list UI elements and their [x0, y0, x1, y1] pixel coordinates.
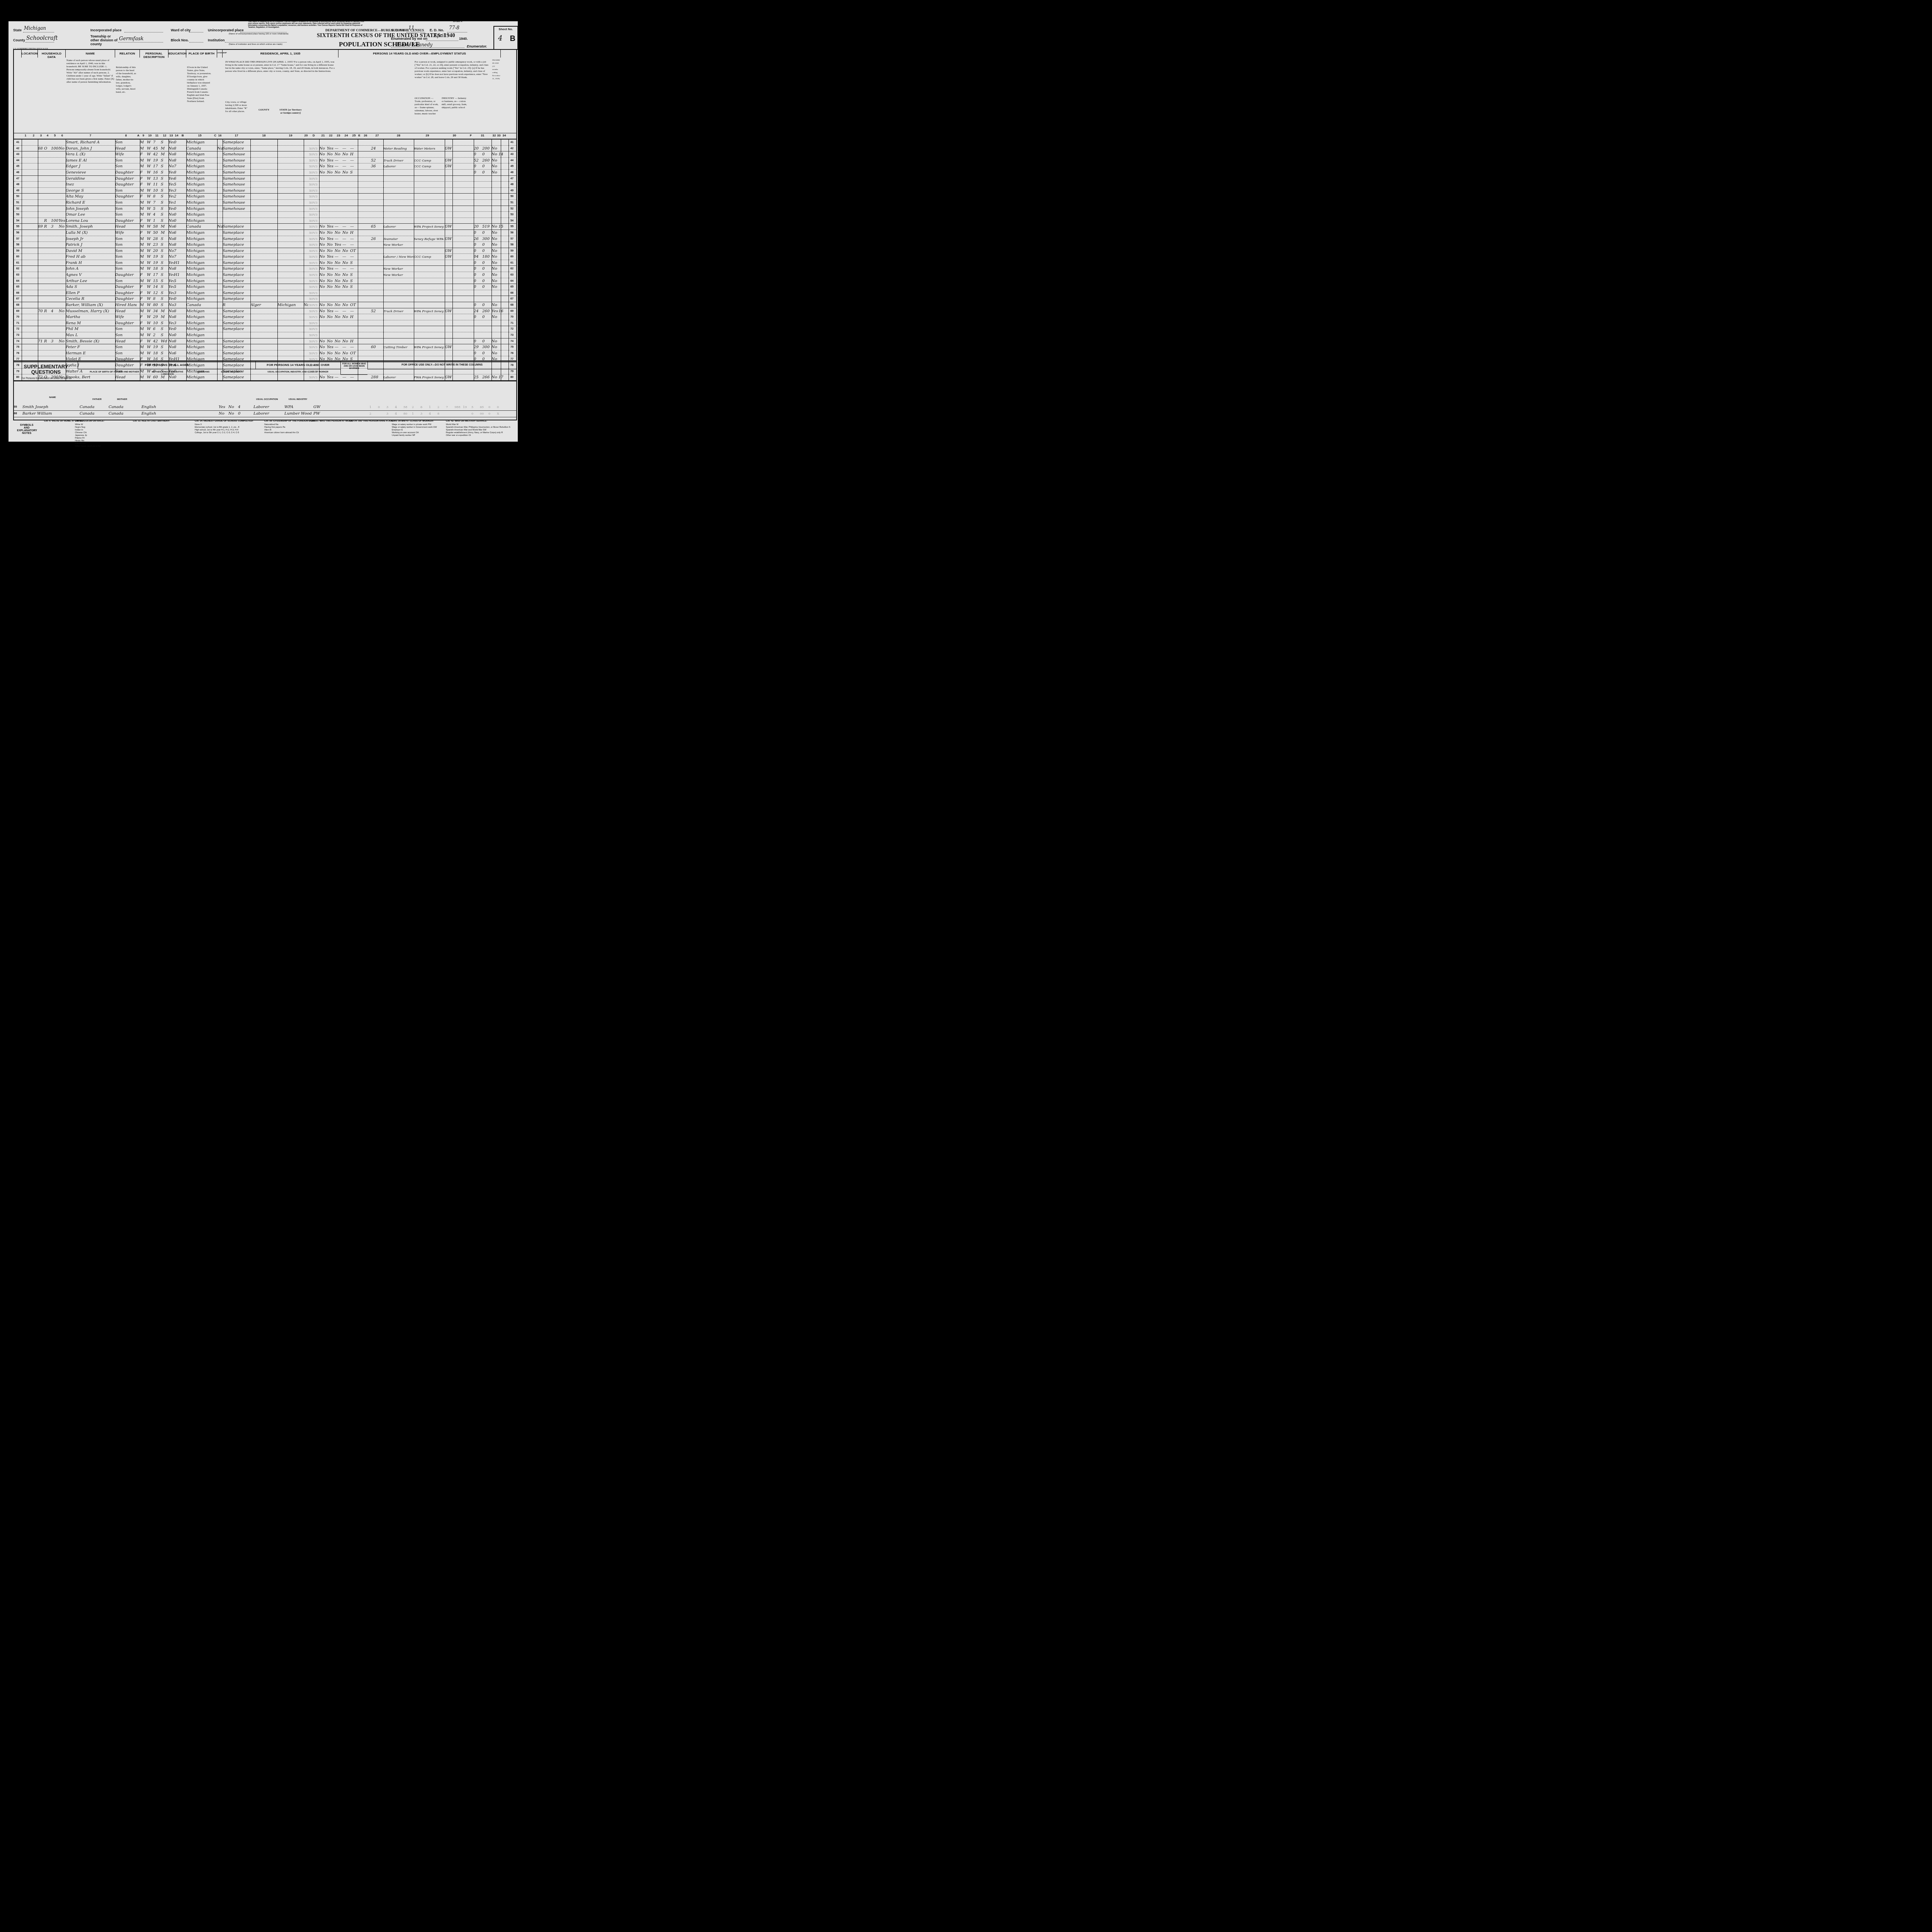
table-row: 6970R4NoMusselman, Harry (X)HeadMW34MNo8…	[14, 308, 516, 315]
cell-relation: Daughter	[115, 176, 137, 182]
cell-relation: Head	[115, 308, 137, 314]
cell-hours	[371, 151, 383, 157]
cell-age: 19	[153, 254, 161, 260]
cell-grade: 8	[174, 236, 179, 242]
cell-occupation	[383, 182, 414, 187]
cell-e24: No	[342, 248, 350, 254]
cell-e23: No	[335, 302, 342, 308]
cell-sex: M	[140, 302, 147, 308]
cell-sex: F	[140, 151, 147, 157]
note-item: Hindu Hin	[75, 440, 104, 442]
cell-res1935: Samehouse	[223, 151, 250, 157]
enumerator-signature: Elmer Kennedy	[396, 42, 432, 48]
cell-school: No	[168, 158, 174, 163]
cell-hours	[371, 278, 383, 284]
institution-label: Institution	[208, 38, 225, 42]
supp-cell-ss_deduct: No	[228, 404, 237, 410]
cell-grade: 8	[174, 314, 179, 320]
cell-res_state	[277, 332, 304, 338]
column-number: 21	[319, 134, 327, 137]
cell-res_county	[250, 206, 277, 212]
cell-farm_q	[59, 260, 66, 266]
cell-occupation: New Worker	[383, 272, 414, 278]
cell-relation: Daughter	[115, 194, 137, 199]
cell-weeks: 0	[474, 338, 482, 344]
cell-e22	[327, 206, 335, 212]
cell-school: Yes	[168, 200, 174, 206]
cell-res_state: Michigan	[277, 302, 304, 308]
cell-name: Edgar J	[66, 163, 115, 169]
cell-class	[445, 296, 452, 302]
cell-value	[51, 314, 59, 320]
cell-class	[445, 272, 452, 278]
column-divider	[509, 139, 509, 381]
table-row: 4268O1000NoDoran, John JHeadMW45MNo8Cana…	[14, 146, 516, 152]
cell-res_farm	[304, 344, 308, 350]
cell-weeks: 0	[474, 242, 482, 248]
cell-sex: M	[140, 200, 147, 206]
note-item: Negro Neg	[75, 426, 104, 429]
cell-e21: No	[319, 254, 327, 260]
cell-value	[51, 206, 59, 212]
cell-wages: 0	[482, 272, 492, 278]
cell-hours	[371, 200, 383, 206]
cell-line: 73	[14, 332, 22, 338]
ward-label: Ward of city	[171, 28, 190, 32]
cell-other_income: No	[492, 350, 498, 356]
cell-res_county	[250, 290, 277, 296]
cell-occupation	[383, 302, 414, 308]
cell-wages: 0	[482, 302, 492, 308]
cell-race: W	[147, 188, 153, 194]
cell-grade: 8	[174, 242, 179, 248]
cell-class	[445, 242, 452, 248]
cell-industry	[414, 278, 445, 284]
cell-weeks	[474, 320, 482, 326]
cell-farm	[498, 176, 504, 182]
cell-relation: Son	[115, 344, 137, 350]
cell-res_farm	[304, 230, 308, 236]
group-location: LOCATION	[22, 50, 38, 58]
cell-grade: 8	[174, 146, 179, 151]
cell-value	[51, 332, 59, 338]
office-code: 65	[480, 404, 488, 410]
table-row: 48InezDaughterFW11SYes5MichiganSamehouse…	[14, 182, 516, 188]
cell-res1935: Sameplace	[223, 350, 250, 356]
cell-occupation	[383, 314, 414, 320]
cell-wages	[482, 188, 492, 194]
cell-dwelling	[38, 332, 44, 338]
cell-farm	[498, 278, 504, 284]
note-col21: Col. 21. WAS THIS PERSON AT WORK?	[311, 420, 354, 422]
cell-grade: 3	[174, 290, 179, 296]
cell-sex: M	[140, 344, 147, 350]
cell-citizenship	[217, 260, 223, 266]
cell-e25	[350, 200, 358, 206]
cell-res_county	[250, 218, 277, 224]
cell-res_county	[250, 242, 277, 248]
cell-e22: No	[327, 314, 335, 320]
cell-industry	[414, 350, 445, 356]
cell-res_state	[277, 314, 304, 320]
cell-relation: Daughter	[115, 182, 137, 187]
cell-e23: —	[335, 266, 342, 272]
cell-age: 19	[153, 344, 161, 350]
cell-res_state	[277, 151, 304, 157]
cell-value	[51, 176, 59, 182]
cell-weeks	[474, 212, 482, 218]
supp-cell-ss_number: No	[219, 411, 227, 417]
column-divider	[140, 139, 140, 381]
cell-value	[51, 188, 59, 194]
cell-wages	[482, 194, 492, 199]
cell-res_county: Alger	[250, 302, 277, 308]
cell-e21	[319, 290, 327, 296]
office-code: 2	[437, 404, 445, 410]
residence-county-header: COUNTY	[250, 108, 277, 116]
cell-age: 42	[153, 151, 161, 157]
supp-cell-father: Canada	[80, 411, 107, 417]
cell-farm_q	[59, 314, 66, 320]
cell-age: 1	[153, 218, 161, 224]
cell-res_farm	[304, 248, 308, 254]
cell-farm	[498, 236, 504, 242]
cell-res_farm	[304, 266, 308, 272]
cell-line: 49	[14, 188, 22, 194]
table-row: 65Ada SDaughterFW14SYes5MichiganSameplac…	[14, 284, 516, 290]
cell-industry	[414, 320, 445, 326]
cell-hours: 26	[371, 236, 383, 242]
cell-farm_q: No	[59, 224, 66, 230]
cell-industry: Seney Refuge WPA Project	[414, 236, 445, 242]
cell-res_farm	[304, 350, 308, 356]
cell-marital: M	[161, 224, 168, 230]
cell-e24: —	[342, 224, 350, 230]
cell-occupation	[383, 188, 414, 194]
cell-birthplace: Michigan	[186, 158, 213, 163]
cell-relation: Son	[115, 332, 137, 338]
office-code: 988	[454, 404, 462, 410]
cell-e25: —	[350, 236, 358, 242]
cell-birthplace: Michigan	[186, 344, 213, 350]
cell-age: 10	[153, 188, 161, 194]
table-row: 67Cecelia RDaughterFW8SYes0MichiganSamep…	[14, 296, 516, 302]
residence-instructions: IN WHAT PLACE DID THIS PERSON LIVE ON AP…	[224, 60, 337, 87]
cell-farm_q	[59, 163, 66, 169]
cell-weeks: 0	[474, 350, 482, 356]
cell-birthplace: Michigan	[186, 200, 213, 206]
cell-industry: Water Meters	[414, 146, 445, 151]
residence-state-header: STATE (or Territory or foreign country)	[277, 108, 304, 119]
cell-citizenship	[217, 278, 223, 284]
cell-line-right: 64	[509, 278, 515, 284]
cell-class	[445, 206, 452, 212]
cell-occupation	[383, 332, 414, 338]
office-code: 00	[480, 411, 488, 417]
cell-farm	[498, 260, 504, 266]
column-number: 13	[168, 134, 174, 137]
cell-tenure	[44, 176, 51, 182]
cell-grade: H1	[174, 272, 179, 278]
cell-other_income: No	[492, 146, 498, 151]
cell-citizenship	[217, 194, 223, 199]
cell-e24: No	[342, 350, 350, 356]
cell-e22: No	[327, 242, 335, 248]
cell-other_income: No	[492, 266, 498, 272]
cell-weeks: 52	[474, 158, 482, 163]
cell-race: W	[147, 230, 153, 236]
table-row: 52John JosephSonMW5SYes0MichiganSamehous…	[14, 206, 516, 212]
cell-other_income: No	[492, 158, 498, 163]
cell-school: No	[168, 151, 174, 157]
cell-res_state	[277, 194, 304, 199]
cell-school: Yes	[168, 284, 174, 290]
cell-e22	[327, 182, 335, 187]
cell-farm	[498, 284, 504, 290]
cell-wages: 260	[482, 158, 492, 163]
cell-industry	[414, 338, 445, 344]
cell-grade: 3	[174, 188, 179, 194]
cell-tenure: O	[44, 146, 51, 151]
cell-occupation: Laborer / New Worker	[383, 254, 414, 260]
cell-marital: M	[161, 230, 168, 236]
cell-e24	[342, 206, 350, 212]
income-header: INCOME IN 1939 (12 months ending Decembe…	[492, 58, 501, 82]
cell-value	[51, 170, 59, 175]
cell-industry: CCC Camp	[414, 254, 445, 260]
cell-hours	[371, 176, 383, 182]
cell-other_income	[492, 176, 498, 182]
cell-line-right: 46	[509, 170, 515, 175]
cell-farm_q	[59, 242, 66, 248]
group-14-over: FOR PERSONS 14 YEARS OLD AND OVER	[255, 362, 340, 369]
cell-birthplace: Michigan	[186, 151, 213, 157]
cell-dwelling	[38, 278, 44, 284]
cell-dwelling	[38, 200, 44, 206]
cell-res_county	[250, 236, 277, 242]
cell-e25	[350, 194, 358, 199]
cell-res_farm	[304, 212, 308, 218]
cell-res1935: Sameplace	[223, 278, 250, 284]
cell-relation: Son	[115, 242, 137, 248]
cell-res1935: Sameplace	[223, 344, 250, 350]
cell-dwelling: 68	[38, 146, 44, 151]
note-item: Regular establishment (Army, Navy, or Ma…	[446, 432, 510, 434]
supp-cell-tongue: English	[141, 411, 176, 417]
cell-farm_q	[59, 266, 66, 272]
column-divider	[22, 139, 22, 381]
column-divider	[304, 139, 304, 381]
cell-e22: No	[327, 151, 335, 157]
cell-name: Smart, Richard A	[66, 139, 115, 145]
cell-e25: H	[350, 230, 358, 236]
note-item: Unpaid family worker NP	[392, 434, 437, 437]
industry-header: INDUSTRY — Industry or business, as— cot…	[441, 96, 468, 131]
cell-farm_q: No	[59, 308, 66, 314]
supp-cell-ss_pct: 0	[238, 411, 247, 417]
cell-line: 42	[14, 146, 22, 151]
cell-res_farm	[304, 224, 308, 230]
cell-value	[51, 163, 59, 169]
cell-school: No	[168, 230, 174, 236]
cell-occupation	[383, 350, 414, 356]
cell-weeks: 0	[474, 230, 482, 236]
cell-res_state	[277, 163, 304, 169]
cell-e23: —	[335, 158, 342, 163]
cell-tenure	[44, 290, 51, 296]
cell-e25: H	[350, 314, 358, 320]
cell-line: 41	[14, 139, 22, 145]
cell-code-d: X0V3	[309, 176, 319, 182]
cell-birthplace: Michigan	[186, 266, 213, 272]
cell-e24	[342, 188, 350, 194]
cell-e25	[350, 290, 358, 296]
cell-line-right: 63	[509, 272, 515, 278]
cell-res_county	[250, 344, 277, 350]
cell-class: GW	[445, 146, 452, 151]
cell-grade: 5	[174, 182, 179, 187]
supp-cell-mother: Canada	[109, 411, 136, 417]
cell-e24	[342, 290, 350, 296]
supp-cell-ss_number: Yes	[219, 404, 227, 410]
column-number: 22	[327, 134, 335, 137]
cell-dwelling	[38, 194, 44, 199]
cell-name: Cecelia R	[66, 296, 115, 302]
cell-birthplace: Canada	[186, 224, 213, 230]
cell-res_farm	[304, 308, 308, 314]
cell-other_income: No	[492, 272, 498, 278]
cell-school: Yes	[168, 139, 174, 145]
column-divider	[414, 139, 414, 381]
cell-e25: OT	[350, 350, 358, 356]
cell-school: Yes	[168, 278, 174, 284]
cell-class	[445, 278, 452, 284]
enumerated-date: April	[434, 33, 445, 38]
cell-value: 4	[51, 308, 59, 314]
sd-label: S. D. No.	[391, 28, 405, 32]
cell-occupation: Teamster	[383, 236, 414, 242]
cell-dwelling	[38, 212, 44, 218]
cell-other_income	[492, 290, 498, 296]
cell-e22	[327, 194, 335, 199]
cell-res_county	[250, 170, 277, 175]
cell-res1935: Sameplace	[223, 242, 250, 248]
cell-dwelling	[38, 296, 44, 302]
table-row: 46GenevieveDaughterFW16SYes8MichiganSame…	[14, 170, 516, 176]
cell-grade: H1	[174, 260, 179, 266]
state-value: Michigan	[24, 26, 46, 31]
cell-citizenship	[217, 188, 223, 194]
cell-e23: —	[335, 344, 342, 350]
cell-e22: Yes	[327, 163, 335, 169]
cell-grade: 3	[174, 302, 179, 308]
cell-birthplace: Canada	[186, 302, 213, 308]
cell-res_state	[277, 338, 304, 344]
cell-sex: M	[140, 206, 147, 212]
cell-race: W	[147, 206, 153, 212]
cell-other_income: No	[492, 278, 498, 284]
cell-hours	[371, 188, 383, 194]
cell-relation: Wife	[115, 151, 137, 157]
cell-hours: 65	[371, 224, 383, 230]
cell-dwelling	[38, 163, 44, 169]
cell-grade: 8	[174, 151, 179, 157]
cell-dwelling	[38, 254, 44, 260]
cell-relation: Daughter	[115, 284, 137, 290]
cell-e22	[327, 188, 335, 194]
cell-grade: 6	[174, 230, 179, 236]
cell-marital: S	[161, 332, 168, 338]
cell-e23	[335, 326, 342, 332]
column-number: 20	[304, 134, 308, 137]
cell-name: Lulla M (X)	[66, 230, 115, 236]
cell-wages: 519	[482, 224, 492, 230]
column-divider	[383, 139, 384, 381]
usual-occupation-header: USUAL OCCUPATION, INDUSTRY, AND CLASS OF…	[257, 371, 338, 373]
cell-citizenship: Na	[217, 146, 223, 151]
cell-e22: No	[327, 248, 335, 254]
cell-farm	[498, 200, 504, 206]
cell-line-right: 57	[509, 236, 515, 242]
sd-value: 11	[408, 25, 414, 31]
cell-farm_q	[59, 332, 66, 338]
cell-farm_q	[59, 296, 66, 302]
cell-e23: Yes	[335, 242, 342, 248]
cell-farm_q	[59, 290, 66, 296]
office-code: 6	[420, 404, 428, 410]
cell-industry	[414, 170, 445, 175]
cell-line: 69	[14, 308, 22, 314]
cell-sex: M	[140, 212, 147, 218]
note-item: Wage or salary worker in private work PW	[392, 423, 437, 426]
office-code: 2	[412, 404, 420, 410]
cell-weeks	[474, 176, 482, 182]
cell-tenure: R	[44, 338, 51, 344]
cell-marital: M	[161, 314, 168, 320]
cell-e25: —	[350, 344, 358, 350]
cell-e24	[342, 200, 350, 206]
cell-line: 51	[14, 200, 22, 206]
cell-value	[51, 242, 59, 248]
cell-citizenship	[217, 284, 223, 290]
cell-line-right: 61	[509, 260, 515, 266]
cell-other_income: Yes	[492, 308, 498, 314]
cell-res_county	[250, 146, 277, 151]
cell-line: 66	[14, 290, 22, 296]
cell-line-right: 58	[509, 242, 515, 248]
cell-farm	[498, 302, 504, 308]
cell-res_farm	[304, 332, 308, 338]
cell-tenure	[44, 194, 51, 199]
cell-res1935: Sameplace	[223, 284, 250, 290]
cell-weeks	[474, 326, 482, 332]
cell-farm_q	[59, 284, 66, 290]
office-code: 5	[471, 404, 479, 410]
column-number: 5	[51, 134, 59, 137]
cell-school: No	[168, 224, 174, 230]
cell-industry: CCC Camp	[414, 158, 445, 163]
cell-age: 19	[153, 158, 161, 163]
cell-e22: No	[327, 278, 335, 284]
cell-e24: —	[342, 163, 350, 169]
cell-age: 4	[153, 212, 161, 218]
cell-age: 15	[153, 278, 161, 284]
cell-weeks: 0	[474, 284, 482, 290]
cell-weeks	[474, 218, 482, 224]
cell-dwelling: 70	[38, 308, 44, 314]
cell-birthplace: Michigan	[186, 230, 213, 236]
cell-line: 74	[14, 338, 22, 344]
